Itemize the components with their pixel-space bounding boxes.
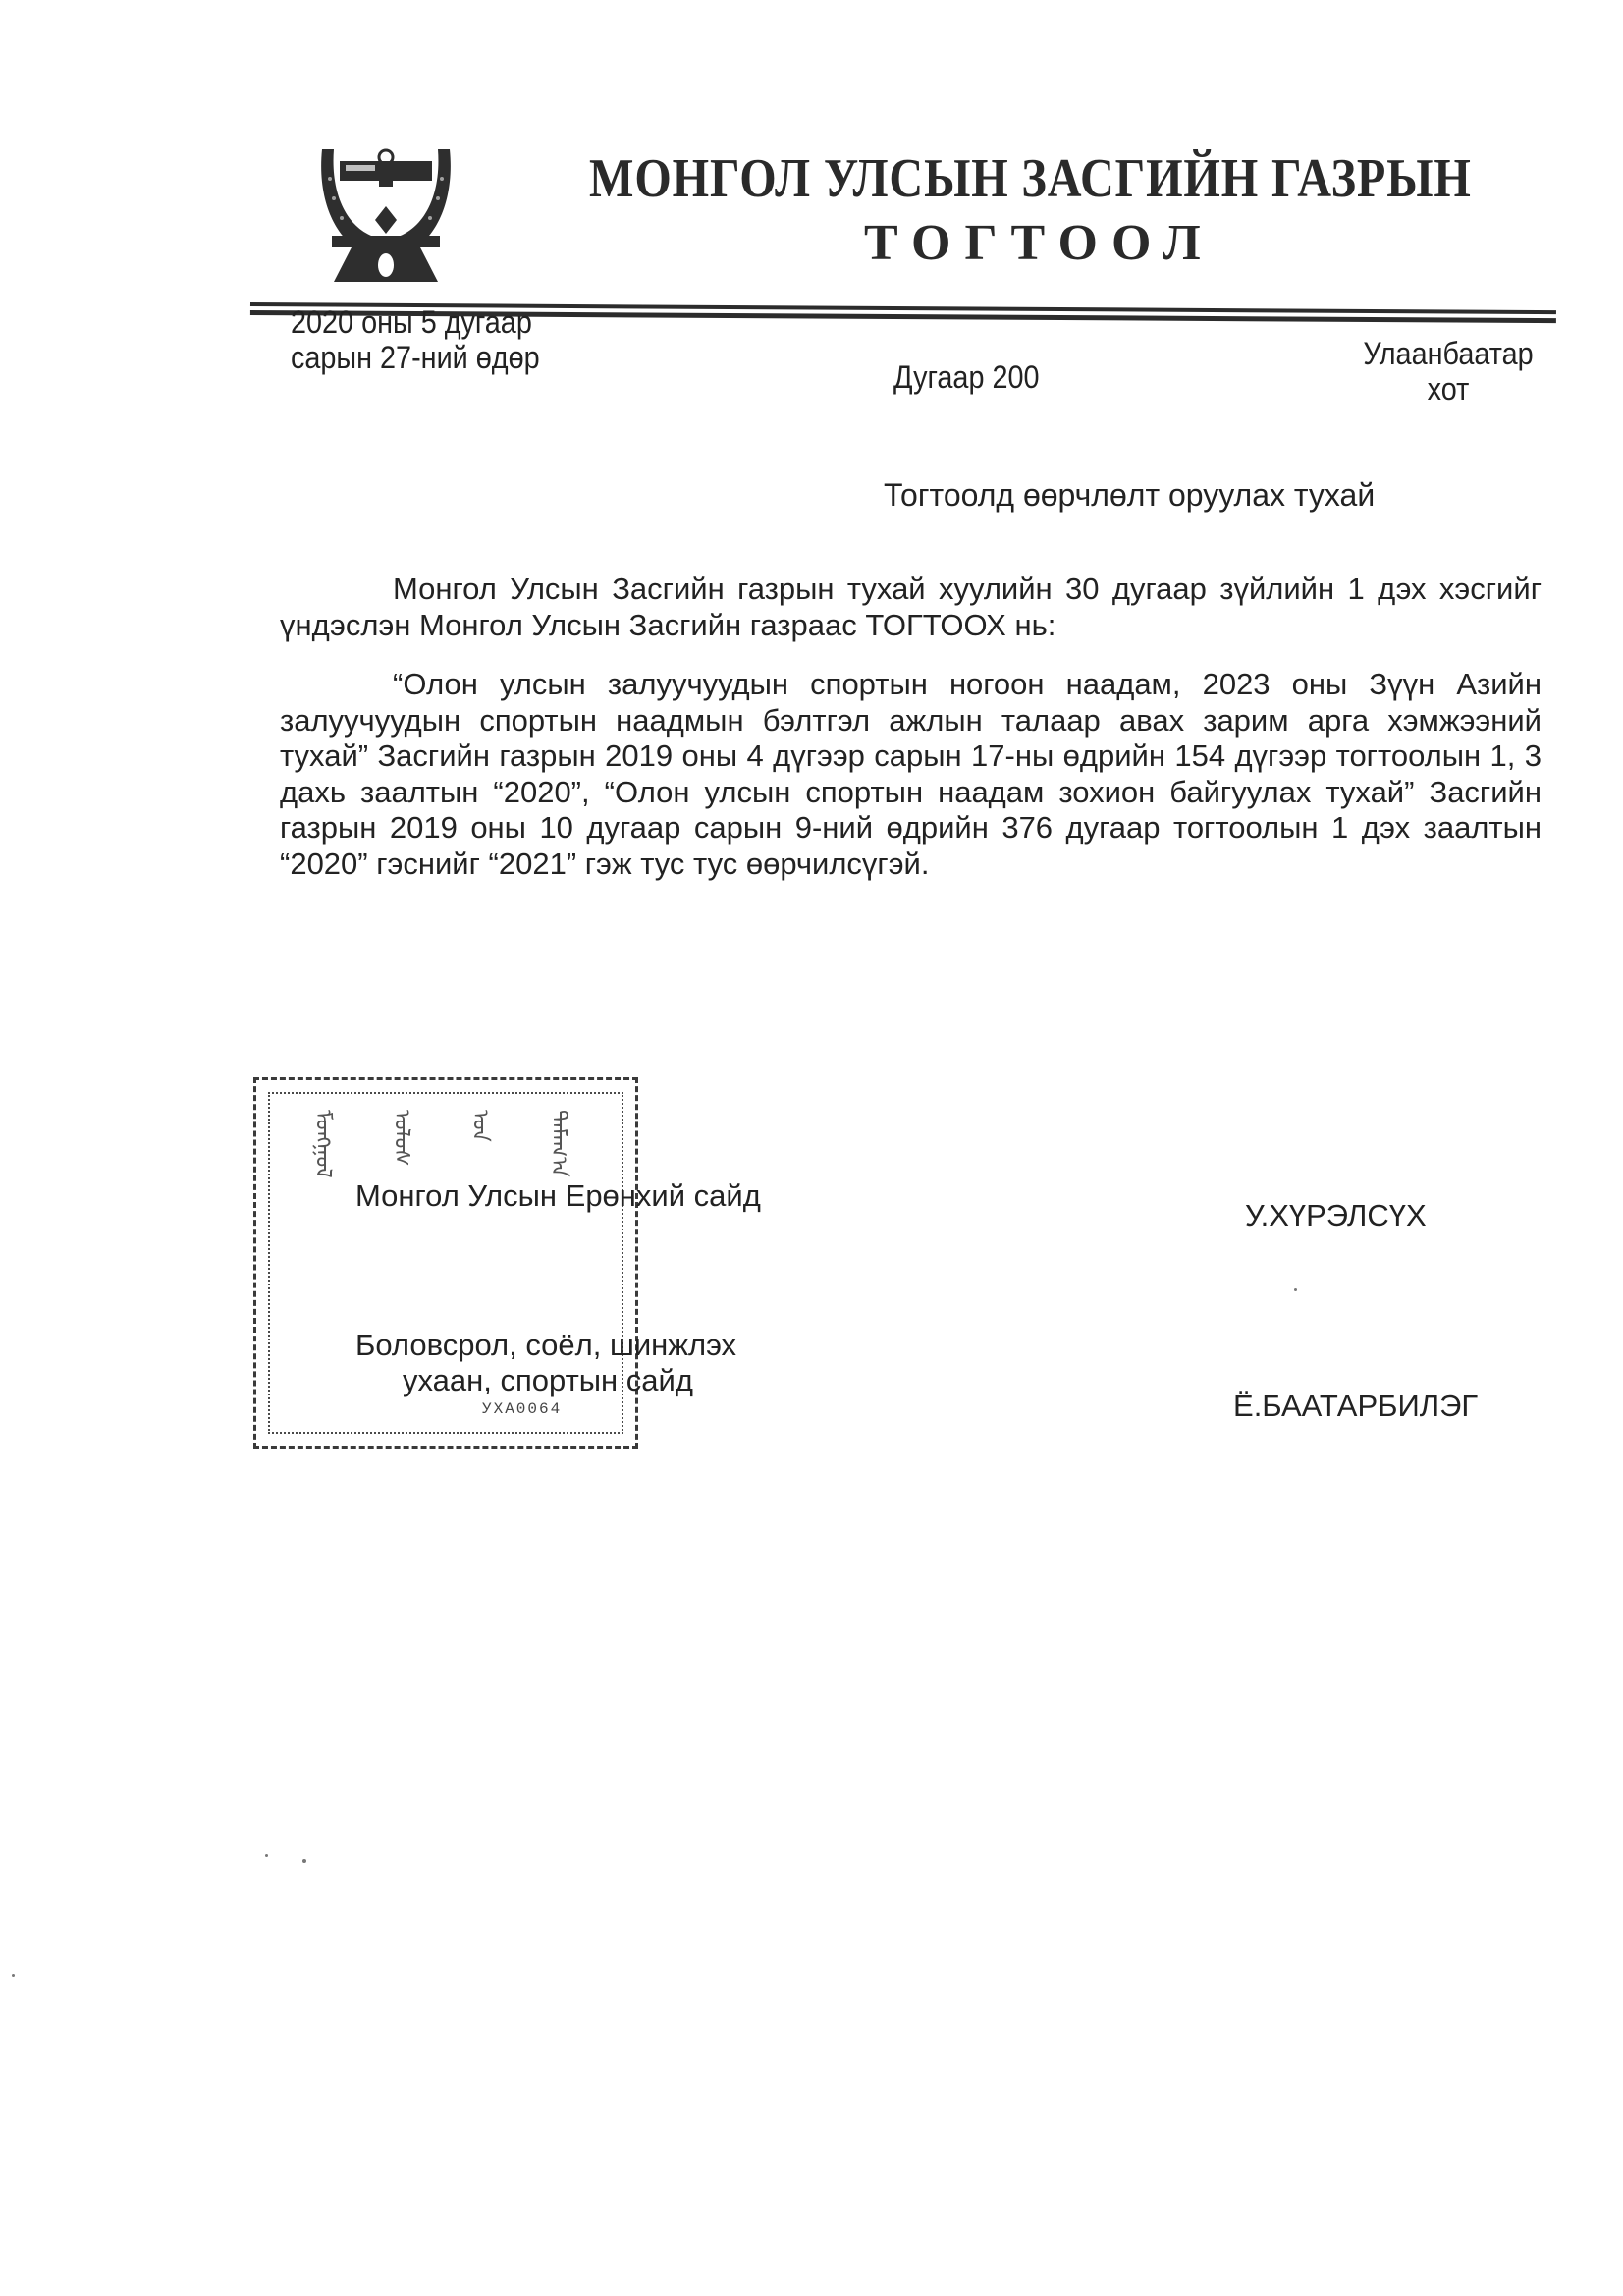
stamp-code: УХА0064 [482,1400,562,1418]
signatory-name-minister: Ё.БААТАРБИЛЭГ [1233,1389,1478,1424]
signatory-role-minister: Боловсрол, соёл, шинжлэх ухаан, спортын … [355,1328,736,1398]
date-line-2: сарын 27-ний өдөр [291,340,540,375]
signatory-role-prime-minister: Монгол Улсын Ерөнхий сайд [355,1178,761,1214]
minister-role-line-1: Боловсрол, соёл, шинжлэх [355,1328,736,1362]
body-paragraph-1: Монгол Улсын Засгийн газрын тухай хуулий… [280,572,1542,643]
document-type-title: ТОГТООЛ [864,214,1215,272]
minister-role-line-2: ухаан, спортын сайд [355,1363,736,1398]
body-paragraph-2: “Олон улсын залуучуудын спортын ногоон н… [280,667,1542,882]
place-line-1: Улаанбаатар [1356,336,1542,371]
stamp-script-column-4: ᠲᠠᠮᠠᠭ᠎ᠠ [541,1110,568,1177]
document-place: Улаанбаатар хот [1356,336,1542,407]
document-date: 2020 оны 5 дугаар сарын 27-ний өдөр [291,304,540,375]
signatory-name-prime-minister: У.ХҮРЭЛСҮХ [1245,1198,1427,1233]
stamp-script-column-3: ᠤᠨ [462,1110,490,1142]
stamp-script-column-2: ᠤᠯᠤᠰ [384,1110,411,1166]
document-body: Монгол Улсын Засгийн газрын тухай хуулий… [280,572,1542,905]
stamp-script-column-1: ᠮᠣᠩᠭᠣᠯ [305,1110,333,1178]
document-number: Дугаар 200 [893,359,1040,395]
document-subject: Тогтоолд өөрчлөлт оруулах тухай [884,477,1375,514]
organization-title: МОНГОЛ УЛСЫН ЗАСГИЙН ГАЗРЫН [589,147,1349,210]
state-emblem-icon [312,139,460,287]
document-page: МОНГОЛ УЛСЫН ЗАСГИЙН ГАЗРЫН ТОГТООЛ 2020… [0,0,1623,2296]
place-line-2: хот [1356,371,1542,407]
date-line-1: 2020 оны 5 дугаар [291,304,540,340]
